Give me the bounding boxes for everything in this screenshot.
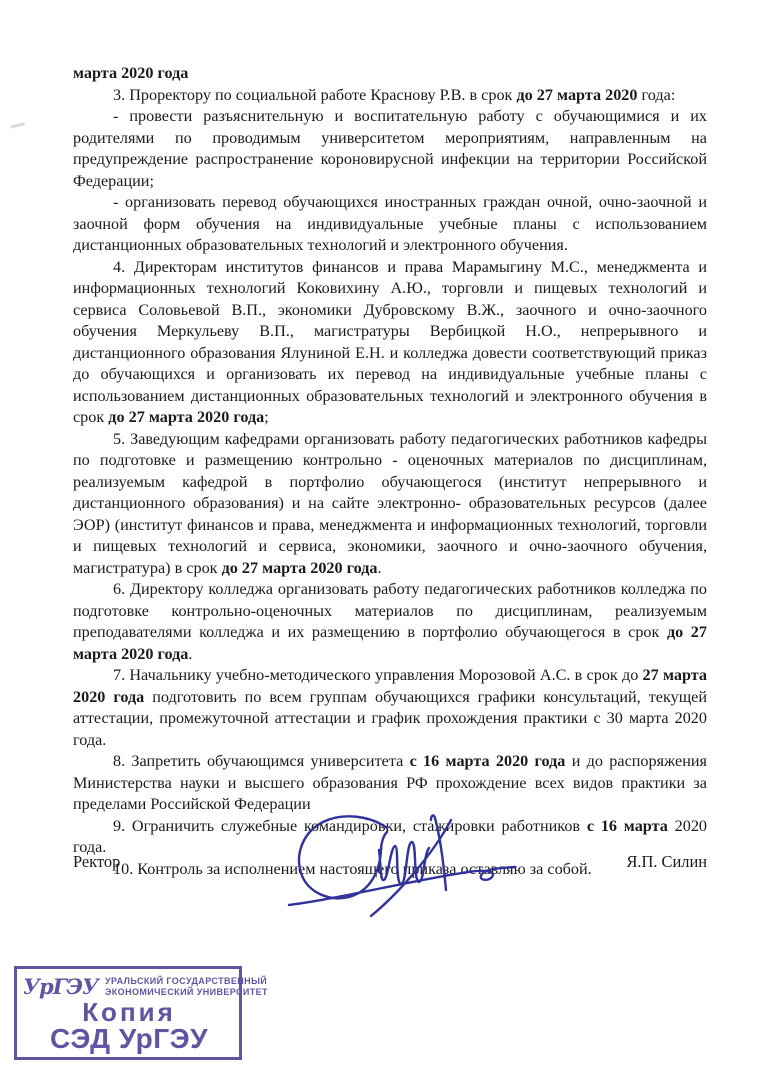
text-run: 3. Проректору по социальной работе Красн… bbox=[113, 86, 516, 104]
text-run-bold: марта 2020 года bbox=[73, 64, 188, 82]
stamp-org-name: УРАЛЬСКИЙ ГОСУДАРСТВЕННЫЙ ЭКОНОМИЧЕСКИЙ … bbox=[105, 976, 268, 997]
text-run-bold: до 27 марта 2020 года bbox=[108, 408, 264, 426]
text-run: года: bbox=[638, 86, 676, 104]
text-run: 6. Директору колледжа организовать работ… bbox=[73, 580, 707, 641]
copy-stamp: УрГЭУ УРАЛЬСКИЙ ГОСУДАРСТВЕННЫЙ ЭКОНОМИЧ… bbox=[14, 966, 242, 1060]
stamp-org-line1: УРАЛЬСКИЙ ГОСУДАРСТВЕННЫЙ bbox=[105, 976, 268, 987]
text-run-bold: с 16 марта bbox=[587, 817, 668, 835]
text-run: . bbox=[188, 645, 192, 663]
document-paragraph: 3. Проректору по социальной работе Красн… bbox=[73, 85, 707, 107]
scan-artifact-mark bbox=[10, 122, 25, 129]
document-paragraph: марта 2020 года bbox=[73, 63, 707, 85]
text-run: 8. Запретить обучающимся университета bbox=[113, 752, 410, 770]
document-paragraph: - организовать перевод обучающихся иност… bbox=[73, 192, 707, 257]
text-run: подготовить по всем группам обучающихся … bbox=[73, 688, 707, 749]
stamp-sed-label: СЭД УрГЭУ bbox=[23, 1025, 235, 1053]
document-page: марта 2020 года3. Проректору по социальн… bbox=[0, 0, 760, 1075]
text-run: 4. Директорам институтов финансов и прав… bbox=[73, 258, 707, 427]
document-body: марта 2020 года3. Проректору по социальн… bbox=[73, 63, 707, 880]
text-run: . bbox=[378, 559, 382, 577]
text-run: ; bbox=[264, 408, 269, 426]
text-run-bold: до 27 марта 2020 bbox=[516, 86, 637, 104]
stamp-copy-label: Копия bbox=[23, 999, 235, 1025]
text-run: 7. Начальнику учебно-методического управ… bbox=[113, 666, 643, 684]
handwritten-signature bbox=[283, 806, 518, 921]
urgeu-logo: УрГЭУ bbox=[23, 974, 98, 999]
text-run: - провести разъяснительную и воспитатель… bbox=[73, 107, 707, 190]
stamp-header: УрГЭУ УРАЛЬСКИЙ ГОСУДАРСТВЕННЫЙ ЭКОНОМИЧ… bbox=[23, 974, 235, 999]
stamp-org-line2: ЭКОНОМИЧЕСКИЙ УНИВЕРСИТЕТ bbox=[105, 987, 268, 998]
text-run: 5. Заведующим кафедрами организовать раб… bbox=[73, 430, 707, 577]
document-paragraph: 7. Начальнику учебно-методического управ… bbox=[73, 665, 707, 751]
document-paragraph: 6. Директору колледжа организовать работ… bbox=[73, 579, 707, 665]
document-paragraph: 5. Заведующим кафедрами организовать раб… bbox=[73, 429, 707, 580]
signatory-name: Я.П. Силин bbox=[627, 852, 708, 872]
text-run: - организовать перевод обучающихся иност… bbox=[73, 193, 707, 254]
text-run-bold: с 16 марта 2020 года bbox=[410, 752, 566, 770]
text-run-bold: до 27 марта 2020 года bbox=[222, 559, 378, 577]
signatory-role: Ректор bbox=[73, 852, 120, 872]
document-paragraph: - провести разъяснительную и воспитатель… bbox=[73, 106, 707, 192]
document-paragraph: 4. Директорам институтов финансов и прав… bbox=[73, 257, 707, 429]
